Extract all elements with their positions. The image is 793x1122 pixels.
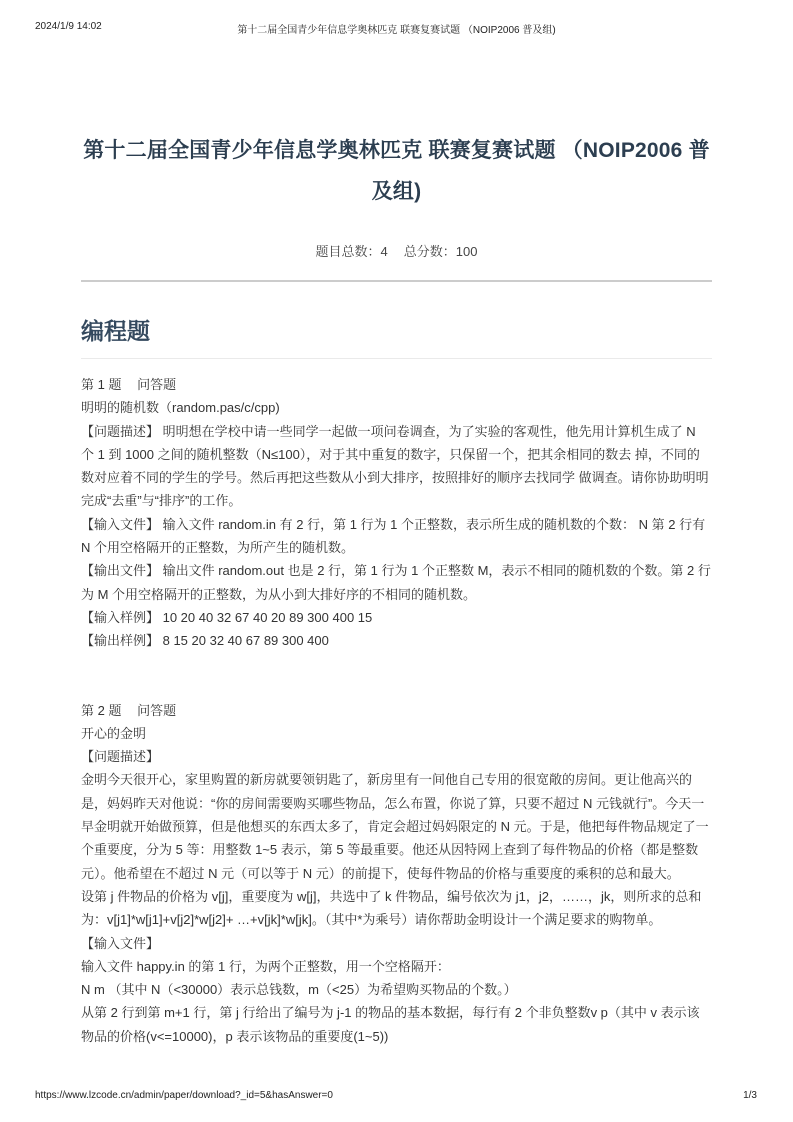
total-score: 总分数：100 bbox=[404, 244, 478, 259]
output-file-spec: 【输出文件】 输出文件 random.out 也是 2 行，第 1 行为 1 个… bbox=[81, 559, 712, 606]
question-number: 第 1 题 bbox=[81, 377, 121, 392]
problem-description: 金明今天很开心，家里购置的新房就要领钥匙了，新房里有一间他自己专用的很宽敞的房间… bbox=[81, 768, 712, 884]
sample-input: 【输入样例】 10 20 40 32 67 40 20 89 300 400 1… bbox=[81, 606, 712, 629]
question-2: 第 2 题 问答题 开心的金明 【问题描述】 金明今天很开心，家里购置的新房就要… bbox=[81, 699, 712, 1048]
problem-description: 【问题描述】 明明想在学校中请一些同学一起做一项问卷调查，为了实验的客观性，他先… bbox=[81, 420, 712, 513]
question-header: 第 1 题 问答题 bbox=[81, 373, 712, 396]
header-divider bbox=[81, 280, 712, 282]
input-file-line-1: 输入文件 happy.in 的第 1 行，为两个正整数，用一个空格隔开： bbox=[81, 955, 712, 978]
input-file-line-3: 从第 2 行到第 m+1 行，第 j 行给出了编号为 j-1 的物品的基本数据，… bbox=[81, 1001, 712, 1048]
input-file-line-2: N m （其中 N（<30000）表示总钱数，m（<25）为希望购买物品的个数。… bbox=[81, 978, 712, 1001]
print-header: 2024/1/9 14:02 第十二届全国青少年信息学奥林匹克 联赛复赛试题 （… bbox=[0, 0, 793, 40]
question-count: 题目总数：4 bbox=[316, 244, 388, 259]
section-title: 编程题 bbox=[81, 314, 712, 348]
question-type: 问答题 bbox=[137, 703, 176, 718]
question-number: 第 2 题 bbox=[81, 703, 121, 718]
problem-description-label: 【问题描述】 bbox=[81, 745, 712, 768]
problem-formula: 设第 j 件物品的价格为 v[j]，重要度为 w[j]，共选中了 k 件物品，编… bbox=[81, 885, 712, 932]
paper-meta: 题目总数：4总分数：100 bbox=[81, 242, 712, 262]
sample-output: 【输出样例】 8 15 20 32 40 67 89 300 400 bbox=[81, 629, 712, 652]
input-file-spec: 【输入文件】 输入文件 random.in 有 2 行，第 1 行为 1 个正整… bbox=[81, 513, 712, 560]
question-type: 问答题 bbox=[137, 377, 176, 392]
input-file-label: 【输入文件】 bbox=[81, 932, 712, 955]
print-footer: https://www.lzcode.cn/admin/paper/downlo… bbox=[0, 1088, 793, 1108]
paper-content: 第十二届全国青少年信息学奥林匹克 联赛复赛试题 （NOIP2006 普及组) 题… bbox=[81, 120, 712, 1048]
print-url: https://www.lzcode.cn/admin/paper/downlo… bbox=[35, 1090, 333, 1101]
section-divider bbox=[81, 358, 712, 359]
print-header-title: 第十二届全国青少年信息学奥林匹克 联赛复赛试题 （NOIP2006 普及组) bbox=[0, 21, 793, 36]
paper-title: 第十二届全国青少年信息学奥林匹克 联赛复赛试题 （NOIP2006 普及组) bbox=[81, 130, 712, 212]
page-number: 1/3 bbox=[743, 1090, 757, 1101]
question-title: 开心的金明 bbox=[81, 722, 712, 745]
question-header: 第 2 题 问答题 bbox=[81, 699, 712, 722]
question-title: 明明的随机数（random.pas/c/cpp) bbox=[81, 396, 712, 419]
question-1: 第 1 题 问答题 明明的随机数（random.pas/c/cpp) 【问题描述… bbox=[81, 373, 712, 653]
